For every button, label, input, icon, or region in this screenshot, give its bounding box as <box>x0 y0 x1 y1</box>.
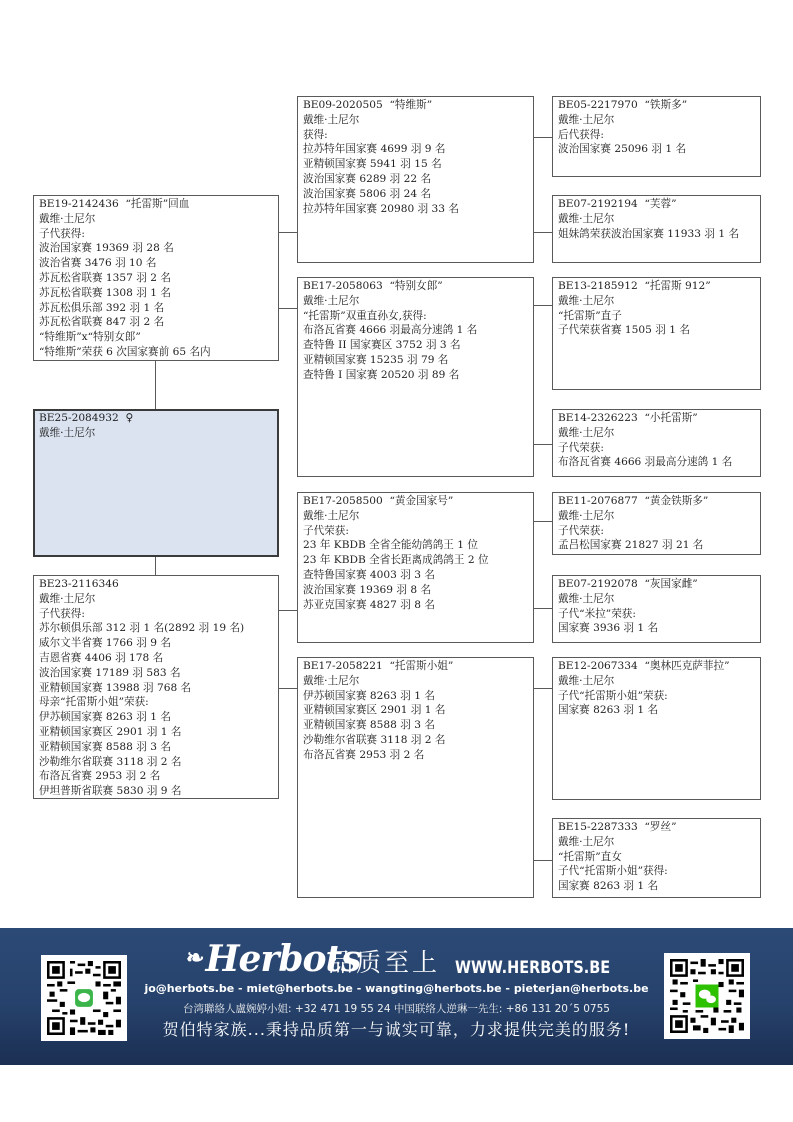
box-line: 亚精顿国家赛 5941 羽 15 名 <box>303 157 528 172</box>
box-line: 苏尔顿俱乐部 312 羽 1 名(2892 羽 19 名) <box>39 621 273 636</box>
connector-line <box>155 557 156 575</box>
box-line: 亚精顿国家赛区 2901 羽 1 名 <box>39 725 273 740</box>
box-line: 戴维·土尼尔 <box>303 674 528 689</box>
box-line: 戴维·土尼尔 <box>558 835 755 850</box>
ring-number-title: BE07-2192078 “灰国家雌” <box>558 577 755 592</box>
box-line: 戴维·土尼尔 <box>39 592 273 607</box>
pedigree-box-gen3-7: BE12-2067334 “奥林匹克萨菲拉”戴维·土尼尔子代“托雷斯小姐”荣获:… <box>552 657 761 800</box>
box-line: 子代获得: <box>39 227 273 242</box>
ring-number-title: BE15-2287333 “罗丝” <box>558 820 755 835</box>
box-line: 戴维·土尼尔 <box>558 294 755 309</box>
connector-line <box>279 232 297 233</box>
box-line: 查特鲁 II 国家赛区 3752 羽 3 名 <box>303 338 528 353</box>
box-line: 布洛瓦省赛 4666 羽最高分速鸽 1 名 <box>303 323 528 338</box>
box-line: 波治国家赛 19369 羽 8 名 <box>303 583 528 598</box>
box-line: 亚精顿国家赛 15235 羽 79 名 <box>303 353 528 368</box>
pedigree-box-dam: BE23-2116346戴维·土尼尔子代获得:苏尔顿俱乐部 312 羽 1 名(… <box>33 575 279 799</box>
qr-code-wechat[interactable] <box>664 953 750 1039</box>
pedigree-box-gen3-1: BE05-2217970 “铁斯多”戴维·土尼尔后代获得:波治国家赛 25096… <box>552 96 761 177</box>
pedigree-box-dam-dam: BE17-2058221 “托雷斯小姐”戴维·土尼尔伊苏顿国家赛 8263 羽 … <box>297 657 534 898</box>
feather-icon: ❧ <box>186 945 203 971</box>
box-line: 沙勒维尔省联赛 3118 羽 2 名 <box>39 755 273 770</box>
box-line: 子代荣获: <box>558 524 755 539</box>
box-line: 戴维·土尼尔 <box>303 113 528 128</box>
box-line: “托雷斯”双重直孙女,获得: <box>303 309 528 324</box>
box-line: 姐妹鸽荣获波治国家赛 11933 羽 1 名 <box>558 227 755 242</box>
box-line: 孟吕松国家赛 21827 羽 21 名 <box>558 538 755 553</box>
box-line: “特维斯”荣获 6 次国家赛前 65 名内 <box>39 345 273 360</box>
ring-number-title: BE17-2058221 “托雷斯小姐” <box>303 659 528 674</box>
connector-line <box>534 521 552 522</box>
box-line: 子代荣获: <box>303 524 528 539</box>
box-line: 布洛瓦省赛 4666 羽最高分速鸽 1 名 <box>558 455 755 470</box>
box-line: “特维斯”x“特别女郎” <box>39 330 273 345</box>
box-line: 苏瓦松省联赛 1357 羽 2 名 <box>39 271 273 286</box>
box-line: 查特鲁国家赛 4003 羽 3 名 <box>303 568 528 583</box>
box-line: 苏瓦松省联赛 1308 羽 1 名 <box>39 286 273 301</box>
pedigree-box-sire: BE19-2142436 “托雷斯”回血戴维·土尼尔子代获得:波治国家赛 193… <box>33 195 279 361</box>
box-line: 亚精顿国家赛 8588 羽 3 名 <box>39 740 273 755</box>
box-line: 戴维·土尼尔 <box>39 426 273 441</box>
website-link[interactable]: WWW.HERBOTS.BE <box>455 957 610 979</box>
ring-number-title: BE17-2058063 “特别女郎” <box>303 279 528 294</box>
connector-line <box>534 860 552 861</box>
pedigree-box-gen3-6: BE07-2192078 “灰国家雌”戴维·土尼尔子代“米拉”荣获:国家赛 39… <box>552 575 761 643</box>
pedigree-box-gen3-3: BE13-2185912 “托雷斯 912”戴维·土尼尔“托雷斯”直子子代荣获省… <box>552 277 761 390</box>
box-line: 23 年 KBDB 全省长距离成鸽鸽王 2 位 <box>303 553 528 568</box>
box-line: 苏亚克国家赛 4827 羽 8 名 <box>303 598 528 613</box>
connector-line <box>155 361 156 409</box>
box-line: 子代获得: <box>39 607 273 622</box>
connector-line <box>534 688 552 689</box>
box-line: 波治国家赛 6289 羽 22 名 <box>303 172 528 187</box>
box-line: 国家赛 3936 羽 1 名 <box>558 621 755 636</box>
ring-number-title: BE13-2185912 “托雷斯 912” <box>558 279 755 294</box>
box-line: 波治国家赛 19369 羽 28 名 <box>39 241 273 256</box>
ring-number-title: BE07-2192194 “芙蓉” <box>558 197 755 212</box>
ring-number-title: BE09-2020505 “特维斯” <box>303 98 528 113</box>
pedigree-box-gen3-8: BE15-2287333 “罗丝”戴维·土尼尔“托雷斯”直女子代“托雷斯小姐”获… <box>552 818 761 898</box>
box-line: 波治国家赛 5806 羽 24 名 <box>303 187 528 202</box>
connector-line <box>534 608 552 609</box>
box-line: 子代荣获省赛 1505 羽 1 名 <box>558 323 755 338</box>
pedigree-box-gen3-2: BE07-2192194 “芙蓉”戴维·土尼尔姐妹鸽荣获波治国家赛 11933 … <box>552 195 761 263</box>
pedigree-box-gen3-4: BE14-2326223 “小托雷斯”戴维·土尼尔子代荣获:布洛瓦省赛 4666… <box>552 409 761 477</box>
box-line: 布洛瓦省赛 2953 羽 2 名 <box>39 769 273 784</box>
pedigree-box-gen3-5: BE11-2076877 “黄金铁斯多”戴维·土尼尔子代荣获:孟吕松国家赛 21… <box>552 492 761 555</box>
box-line: “特别女郎”荣获布洛瓦省赛 1 名,并为“托雷斯”的双重直孙女 <box>39 360 273 361</box>
box-line: 吉恩省赛 4406 羽 178 名 <box>39 651 273 666</box>
box-line: 戴维·土尼尔 <box>558 212 755 227</box>
box-line: 波治国家赛 17189 羽 583 名 <box>39 666 273 681</box>
box-line: 获得: <box>303 128 528 143</box>
box-line: 后代获得: <box>558 128 755 143</box>
box-line: 拉苏特年国家赛 4699 羽 9 名 <box>303 142 528 157</box>
box-line: 波治国家赛 25096 羽 1 名 <box>558 142 755 157</box>
ring-number-title: BE11-2076877 “黄金铁斯多” <box>558 494 755 509</box>
box-line: 戴维·土尼尔 <box>558 509 755 524</box>
box-line: 伊苏顿国家赛 8263 羽 1 名 <box>303 689 528 704</box>
qr-code-image <box>670 959 744 1033</box>
connector-line <box>279 308 297 309</box>
box-line: 苏瓦松省联赛 847 羽 2 名 <box>39 315 273 330</box>
box-line: 子代荣获: <box>558 441 755 456</box>
box-line: 伊苏顿国家赛 8263 羽 1 名 <box>39 710 273 725</box>
box-line: “托雷斯”直子 <box>558 309 755 324</box>
box-line: 亚精顿国家赛 13988 羽 768 名 <box>39 681 273 696</box>
tagline: 品质至上 <box>328 948 440 978</box>
box-line: 戴维·土尼尔 <box>558 426 755 441</box>
ring-number-title: BE14-2326223 “小托雷斯” <box>558 411 755 426</box>
box-line: 戴维·土尼尔 <box>558 674 755 689</box>
box-line: 戴维·土尼尔 <box>303 509 528 524</box>
box-line: 伊坦普斯省联赛 5830 羽 9 名 <box>39 784 273 799</box>
connector-line <box>534 305 552 306</box>
ring-number-title: BE17-2058500 “黄金国家号” <box>303 494 528 509</box>
box-line: 亚精顿国家赛区 2901 羽 1 名 <box>303 703 528 718</box>
box-line: 子代“托雷斯小姐”获得: <box>558 864 755 879</box>
box-line: 戴维·土尼尔 <box>558 592 755 607</box>
ring-number-title: BE05-2217970 “铁斯多” <box>558 98 755 113</box>
pedigree-box-sire-dam: BE17-2058063 “特别女郎”戴维·土尼尔“托雷斯”双重直孙女,获得:布… <box>297 277 534 477</box>
ring-number-title: BE23-2116346 <box>39 577 273 592</box>
box-line: 拉苏特年国家赛 20980 羽 33 名 <box>303 202 528 217</box>
box-line: 查特鲁 I 国家赛 20520 羽 89 名 <box>303 368 528 383</box>
connector-line <box>279 688 297 689</box>
box-line: 子代“托雷斯小姐”荣获: <box>558 689 755 704</box>
box-line: 国家赛 8263 羽 1 名 <box>558 703 755 718</box>
ring-number-title: BE25-2084932 ♀ <box>39 411 273 426</box>
box-line: 威尔文半省赛 1766 羽 9 名 <box>39 636 273 651</box>
box-line: 母亲“托雷斯小姐”荣获: <box>39 695 273 710</box>
box-line: 布洛瓦省赛 2953 羽 2 名 <box>303 748 528 763</box>
connector-line <box>534 137 552 138</box>
box-line: 23 年 KBDB 全省全能幼鸽鸽王 1 位 <box>303 538 528 553</box>
box-line: 苏瓦松俱乐部 392 羽 1 名 <box>39 301 273 316</box>
connector-line <box>534 232 552 233</box>
ring-number-title: BE19-2142436 “托雷斯”回血 <box>39 197 273 212</box>
ring-number-title: BE12-2067334 “奥林匹克萨菲拉” <box>558 659 755 674</box>
connector-line <box>534 444 552 445</box>
box-line: 戴维·土尼尔 <box>39 212 273 227</box>
box-line: 波治省赛 3476 羽 10 名 <box>39 256 273 271</box>
box-line: “托雷斯”直女 <box>558 850 755 865</box>
connector-line <box>279 610 297 611</box>
pedigree-box-dam-sire: BE17-2058500 “黄金国家号”戴维·土尼尔子代荣获:23 年 KBDB… <box>297 492 534 643</box>
box-line: 沙勒维尔省联赛 3118 羽 2 名 <box>303 733 528 748</box>
box-line: 戴维·土尼尔 <box>303 294 528 309</box>
box-line: 子代“米拉”荣获: <box>558 607 755 622</box>
pedigree-box-subject: BE25-2084932 ♀戴维·土尼尔 <box>33 409 279 557</box>
footer-banner: ❧Herbots 品质至上 WWW.HERBOTS.BE jo@herbots.… <box>0 928 793 1065</box>
pedigree-box-sire-sire: BE09-2020505 “特维斯”戴维·土尼尔获得:拉苏特年国家赛 4699 … <box>297 96 534 263</box>
box-line: 国家赛 8263 羽 1 名 <box>558 879 755 894</box>
box-line: 亚精顿国家赛 8588 羽 3 名 <box>303 718 528 733</box>
box-line: 戴维·土尼尔 <box>558 113 755 128</box>
